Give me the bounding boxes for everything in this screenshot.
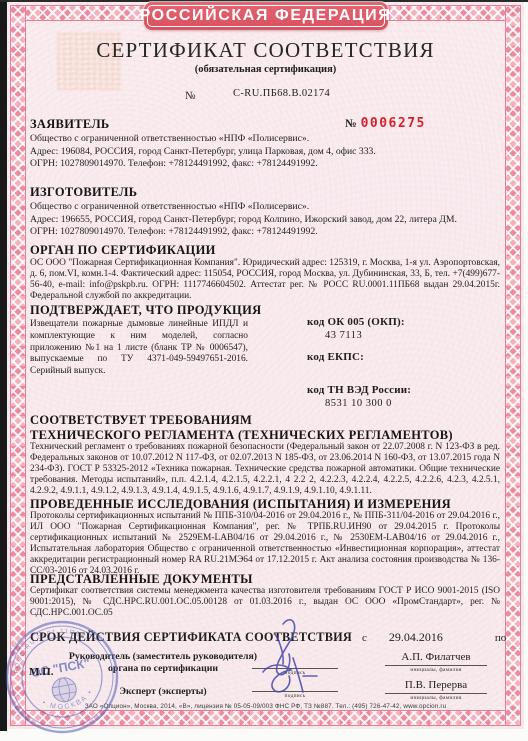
scan-edge: [0, 0, 7, 731]
cert-body-heading: ОРГАН ПО СЕРТИФИКАЦИИ: [30, 243, 216, 258]
manufacturer-line: ОГРН: 1027809014970. Телефон: +781244919…: [30, 226, 457, 239]
manufacturer-line: Адрес: 196655, РОССИЯ, город Санкт-Петер…: [30, 214, 457, 227]
manufacturer-line: Общество с ограниченной ответственностью…: [30, 201, 457, 214]
certificate-subtitle: (обязательная сертификация): [7, 64, 524, 75]
validity-to-label: по: [495, 632, 506, 644]
blank-serial-number: №0006275: [345, 116, 426, 131]
tnved-code-label: код ТН ВЭД России:: [307, 384, 497, 396]
tnved-code-value: 8531 10 300 0: [325, 398, 497, 409]
tests-text: Протоколы сертификационных испытаний № П…: [30, 511, 500, 576]
tests-heading: ПРОВЕДЕННЫЕ ИССЛЕДОВАНИЯ (ИСПЫТАНИЯ) И И…: [30, 497, 451, 512]
certificate-title: СЕРТИФИКАТ СООТВЕТСТВИЯ: [7, 38, 524, 63]
applicant-line: Общество с ограниченной ответственностью…: [30, 133, 376, 146]
handwritten-signatures: [245, 614, 360, 704]
manufacturer-heading: ИЗГОТОВИТЕЛЬ: [30, 185, 137, 200]
country-banner-label: РОССИЙСКАЯ ФЕДЕРАЦИЯ: [140, 7, 392, 25]
country-banner: РОССИЙСКАЯ ФЕДЕРАЦИЯ: [144, 2, 388, 30]
applicant-heading: ЗАЯВИТЕЛЬ: [30, 117, 110, 132]
product-description: Извещатели пожарные дымовые линейные ИПД…: [30, 319, 248, 378]
cert-number: C-RU.ПБ68.В.02174: [233, 88, 330, 99]
head-name: А.П. Филатчев: [385, 651, 487, 663]
blank-serial-sign: №: [345, 118, 357, 130]
documents-heading: ПРЕДСТАВЛЕННЫЕ ДОКУМЕНТЫ: [30, 572, 253, 587]
cert-body-text: ОС ООО "Пожарная Сертификационная Компан…: [30, 258, 500, 302]
expert-name-caption: инициалы, фамилия: [385, 695, 487, 701]
cert-number-sign: №: [185, 90, 196, 102]
certificate-page: РОССИЙСКАЯ ФЕДЕРАЦИЯ СЕРТИФИКАТ СООТВЕТС…: [7, 2, 524, 729]
seal-place-label: М.П.: [29, 666, 53, 678]
applicant-line: Адрес: 196084, РОССИЯ, город Санкт-Петер…: [30, 146, 376, 159]
certification-body-stamp: РОСС RU.0001.11ПБ68 • МОСКВА • ОС "ПСК": [0, 609, 130, 741]
compliance-heading-2: ТЕХНИЧЕСКОГО РЕГЛАМЕНТА (ТЕХНИЧЕСКИХ РЕГ…: [30, 428, 453, 443]
product-codes: код ОК 005 (ОКП): 43 7113 код ЕКПС: код …: [307, 316, 497, 409]
applicant-details: Общество с ограниченной ответственностью…: [30, 133, 376, 171]
okp-code-label: код ОК 005 (ОКП):: [307, 316, 497, 328]
compliance-heading-1: СООТВЕТСТВУЕТ ТРЕБОВАНИЯМ: [30, 413, 252, 428]
expert-name: П.В. Перерва: [385, 679, 487, 691]
validity-from-date: 29.04.2016: [389, 630, 443, 645]
okp-code-value: 43 7113: [325, 330, 497, 341]
applicant-line: ОГРН: 1027809014970. Телефон: +781244919…: [30, 158, 376, 171]
ekps-code-label: код ЕКПС:: [307, 351, 497, 363]
validity-from-label: с: [362, 632, 367, 644]
expert-name-line: [385, 693, 487, 694]
manufacturer-details: Общество с ограниченной ответственностью…: [30, 201, 457, 239]
compliance-text: Технический регламент о требованиях пожа…: [30, 442, 500, 497]
head-name-caption: инициалы, фамилия: [385, 667, 487, 673]
product-heading: ПОДТВЕРЖДАЕТ, ЧТО ПРОДУКЦИЯ: [30, 303, 261, 318]
blank-serial-digits: 0006275: [361, 116, 426, 131]
head-name-line: [385, 665, 487, 666]
